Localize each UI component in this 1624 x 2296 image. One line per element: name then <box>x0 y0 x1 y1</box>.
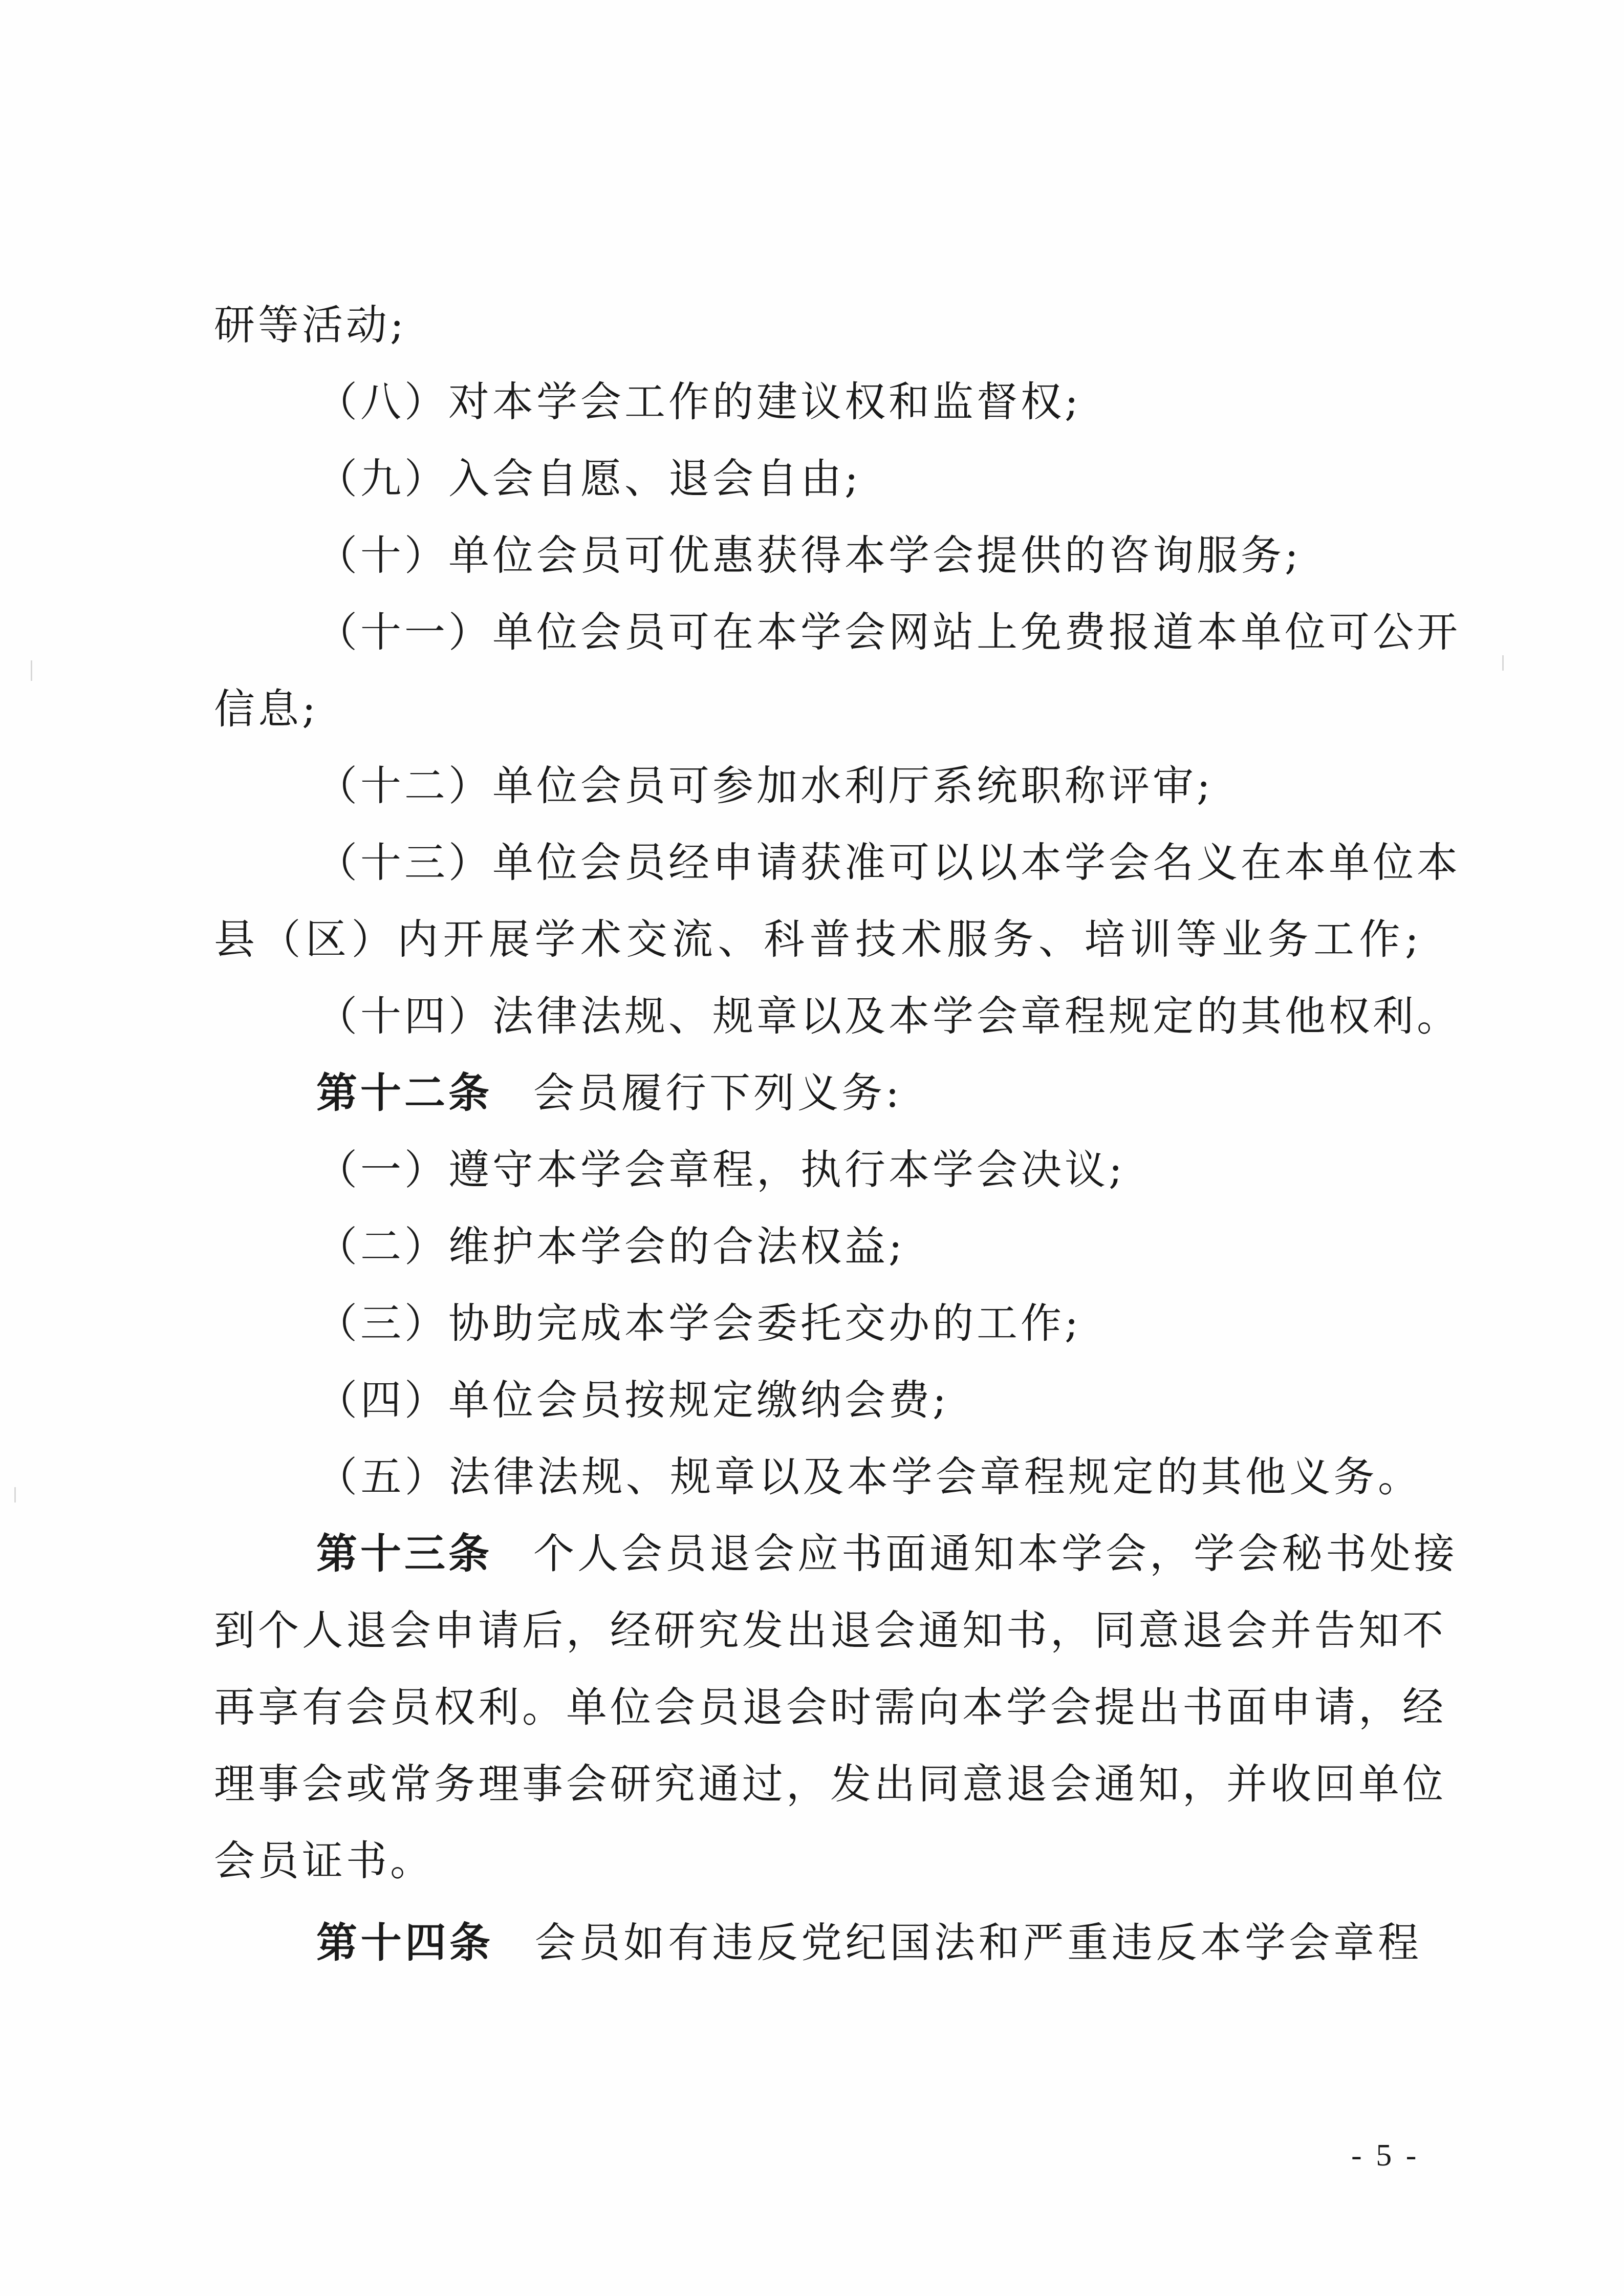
right-item-9: （九）入会自愿、退会自由; <box>214 440 1422 517</box>
right-item-8: （八）对本学会工作的建议权和监督权; <box>214 363 1422 440</box>
article-text: 会员履行下列义务: <box>533 1069 902 1117</box>
scan-artifact <box>14 1487 16 1503</box>
duty-item-1: （一）遵守本学会章程，执行本学会决议; <box>214 1131 1422 1208</box>
right-item-10: （十）单位会员可优惠获得本学会提供的咨询服务; <box>214 517 1422 594</box>
article-label: 第十三条 <box>316 1530 492 1577</box>
right-item-14: （十四）法律法规、规章以及本学会章程规定的其他权利。 <box>214 978 1422 1055</box>
scan-artifact <box>31 660 32 681</box>
right-item-13: （十三）单位会员经申请获准可以以本学会名义在本单位本 <box>214 824 1422 901</box>
article-text: 个人会员退会应书面通知本学会，学会秘书处接 <box>533 1530 1458 1577</box>
duty-item-3: （三）协助完成本学会委托交办的工作; <box>214 1285 1422 1362</box>
right-item-11: （十一）单位会员可在本学会网站上免费报道本单位可公开 <box>214 594 1422 671</box>
right-item-13-cont: 县（区）内开展学术交流、科普技术服务、培训等业务工作; <box>214 901 1422 978</box>
article-14-heading: 第十四条会员如有违反党纪国法和严重违反本学会章程 <box>214 1904 1422 1981</box>
scan-artifact <box>1502 655 1504 671</box>
article-label: 第十四条 <box>316 1919 494 1966</box>
article-label: 第十二条 <box>316 1069 492 1117</box>
page-number: - 5 - <box>1351 2137 1419 2174</box>
article-13-line: 到个人退会申请后，经研究发出退会通知书，同意退会并告知不 <box>214 1592 1422 1669</box>
article-text: 会员如有违反党纪国法和严重违反本学会章程 <box>535 1919 1422 1966</box>
article-13-heading: 第十三条个人会员退会应书面通知本学会，学会秘书处接 <box>214 1515 1422 1592</box>
duty-item-4: （四）单位会员按规定缴纳会费; <box>214 1362 1422 1439</box>
body-text: 研等活动; （八）对本学会工作的建议权和监督权; （九）入会自愿、退会自由; （… <box>214 287 1422 1981</box>
document-page: 研等活动; （八）对本学会工作的建议权和监督权; （九）入会自愿、退会自由; （… <box>0 0 1624 2296</box>
article-13-last-line: 会员证书。 <box>214 1822 1422 1899</box>
right-item-11-cont: 信息; <box>214 671 1422 747</box>
duty-item-2: （二）维护本学会的合法权益; <box>214 1208 1422 1285</box>
duty-item-5: （五）法律法规、规章以及本学会章程规定的其他义务。 <box>214 1439 1422 1515</box>
article-12-heading: 第十二条会员履行下列义务: <box>214 1055 1422 1131</box>
paragraph-line: 研等活动; <box>214 287 1422 363</box>
article-13-line: 理事会或常务理事会研究通过，发出同意退会通知，并收回单位 <box>214 1746 1422 1822</box>
article-13-line: 再享有会员权利。单位会员退会时需向本学会提出书面申请，经 <box>214 1669 1422 1746</box>
right-item-12: （十二）单位会员可参加水利厅系统职称评审; <box>214 747 1422 824</box>
